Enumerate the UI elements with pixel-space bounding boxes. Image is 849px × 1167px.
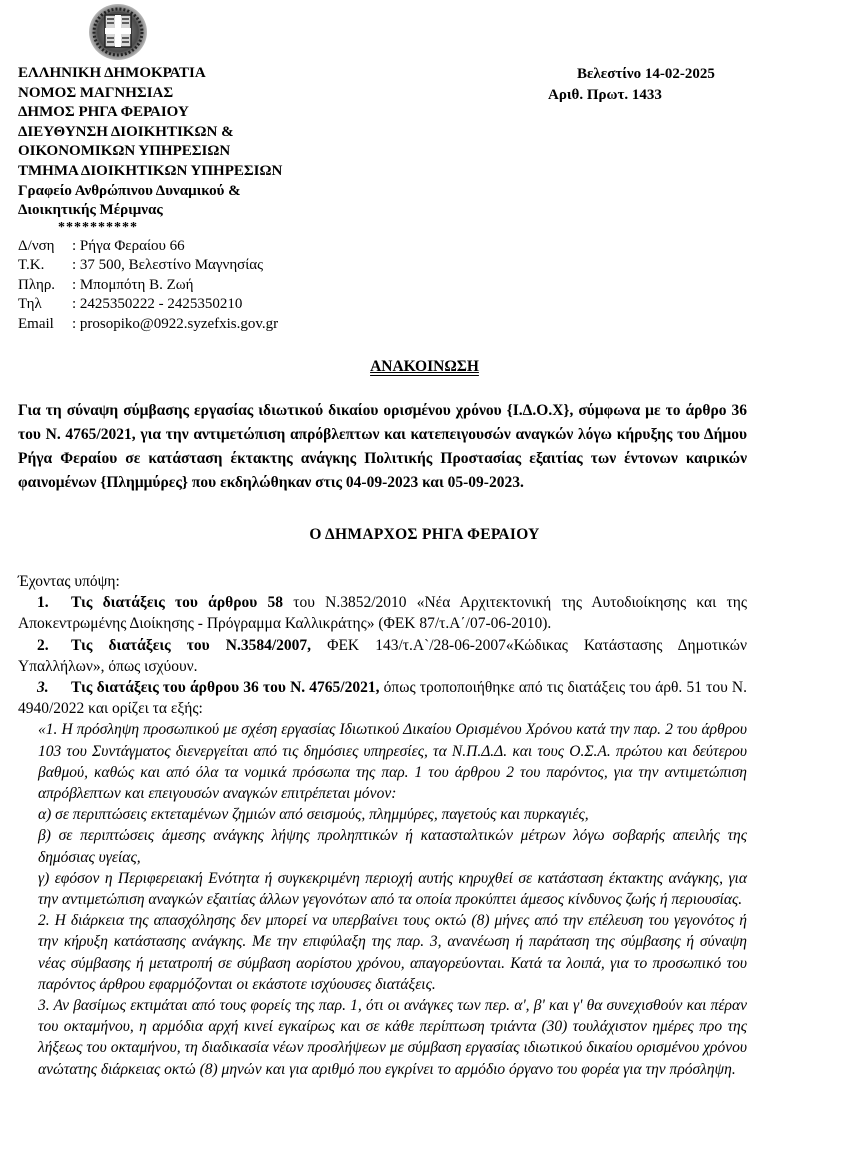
contact-row-address: Δ/νση : Ρήγα Φεραίου 66 [18, 237, 278, 256]
item-bold-text: Τις διατάξεις του Ν.3584/2007, [71, 637, 311, 654]
date-protocol-block: Βελεστίνο 14-02-2025 Αριθ. Πρωτ. 1433 [577, 64, 715, 106]
contact-value: : prosopiko@0922.syzefxis.gov.gr [72, 315, 278, 334]
quote-paragraph-1: «1. Η πρόσληψη προσωπικού με σχέση εργασ… [38, 719, 747, 804]
issuer-block: ΕΛΛΗΝΙΚΗ ΔΗΜΟΚΡΑΤΙΑ ΝΟΜΟΣ ΜΑΓΝΗΣΙΑΣ ΔΗΜΟ… [18, 64, 282, 235]
item-number: 1. [37, 592, 71, 613]
contact-row-info: Πληρ. : Μπομπότη Β. Ζωή [18, 276, 278, 295]
issuer-line: ΤΜΗΜΑ ΔΙΟΙΚΗΤΙΚΩΝ ΥΠΗΡΕΣΙΩΝ [18, 162, 282, 182]
item-bold-text: Τις διατάξεις του άρθρου 58 [71, 594, 283, 611]
item-bold-text: Τις διατάξεις του άρθρου 36 του Ν. 4765/… [71, 679, 380, 696]
contact-label: Τ.Κ. [18, 256, 72, 275]
separator: ********** [18, 221, 282, 235]
issuer-line: ΟΙΚΟΝΟΜΙΚΩΝ ΥΠΗΡΕΣΙΩΝ [18, 142, 282, 162]
issuer-line: ΔΙΕΥΘΥΝΣΗ ΔΙΟΙΚΗΤΙΚΩΝ & [18, 123, 282, 143]
item-number: 2. [37, 635, 71, 656]
quoted-law-text: «1. Η πρόσληψη προσωπικού με σχέση εργασ… [18, 719, 747, 1079]
issuer-line: ΕΛΛΗΝΙΚΗ ΔΗΜΟΚΡΑΤΙΑ [18, 64, 282, 84]
contact-label: Δ/νση [18, 237, 72, 256]
legal-basis-item: 1.Τις διατάξεις του άρθρου 58 του Ν.3852… [18, 592, 747, 634]
contact-value: : Ρήγα Φεραίου 66 [72, 237, 185, 256]
contact-label: Email [18, 315, 72, 334]
document-subject: Για τη σύναψη σύμβασης εργασίας ιδιωτικο… [18, 399, 747, 495]
legal-basis-item: 3.Τις διατάξεις του άρθρου 36 του Ν. 476… [18, 677, 747, 719]
issuer-line: ΔΗΜΟΣ ΡΗΓΑ ΦΕΡΑΙΟΥ [18, 103, 282, 123]
contact-value: : 2425350222 - 2425350210 [72, 295, 242, 314]
greek-coat-of-arms-icon [87, 2, 149, 62]
protocol-number: Αριθ. Πρωτ. 1433 [548, 85, 715, 106]
issuer-line: ΝΟΜΟΣ ΜΑΓΝΗΣΙΑΣ [18, 84, 282, 104]
issuer-line: Γραφείο Ανθρώπινου Δυναμικού & [18, 182, 282, 202]
quote-case-b: β) σε περιπτώσεις άμεσης ανάγκης λήψης π… [38, 825, 747, 867]
contact-row-postcode: Τ.Κ. : 37 500, Βελεστίνο Μαγνησίας [18, 256, 278, 275]
issuer-line: Διοικητικής Μέριμνας [18, 201, 282, 221]
contact-row-phone: Τηλ : 2425350222 - 2425350210 [18, 295, 278, 314]
contact-value: : 37 500, Βελεστίνο Μαγνησίας [72, 256, 263, 275]
item-number: 3. [37, 677, 71, 698]
legal-basis-item: 2.Τις διατάξεις του Ν.3584/2007, ΦΕΚ 143… [18, 635, 747, 677]
document-title: ΑΝΑΚΟΙΝΩΣΗ [0, 358, 849, 376]
quote-paragraph-3: 3. Αν βασίμως εκτιμάται από τους φορείς … [38, 995, 747, 1080]
place-date: Βελεστίνο 14-02-2025 [577, 64, 715, 85]
quote-paragraph-2: 2. Η διάρκεια της απασχόλησης δεν μπορεί… [38, 910, 747, 995]
contact-value: : Μπομπότη Β. Ζωή [72, 276, 193, 295]
document-body: Έχοντας υπόψη: 1.Τις διατάξεις του άρθρο… [18, 571, 747, 1080]
contact-row-email: Email : prosopiko@0922.syzefxis.gov.gr [18, 315, 278, 334]
quote-case-a: α) σε περιπτώσεις εκτεταμένων ζημιών από… [38, 804, 747, 825]
considering-label: Έχοντας υπόψη: [18, 571, 747, 592]
contact-label: Τηλ [18, 295, 72, 314]
contact-label: Πληρ. [18, 276, 72, 295]
contact-block: Δ/νση : Ρήγα Φεραίου 66 Τ.Κ. : 37 500, Β… [18, 237, 278, 334]
mayor-heading: Ο ΔΗΜΑΡΧΟΣ ΡΗΓΑ ΦΕΡΑΙΟΥ [0, 526, 849, 544]
quote-case-c: γ) εφόσον η Περιφερειακή Ενότητα ή συγκε… [38, 868, 747, 910]
